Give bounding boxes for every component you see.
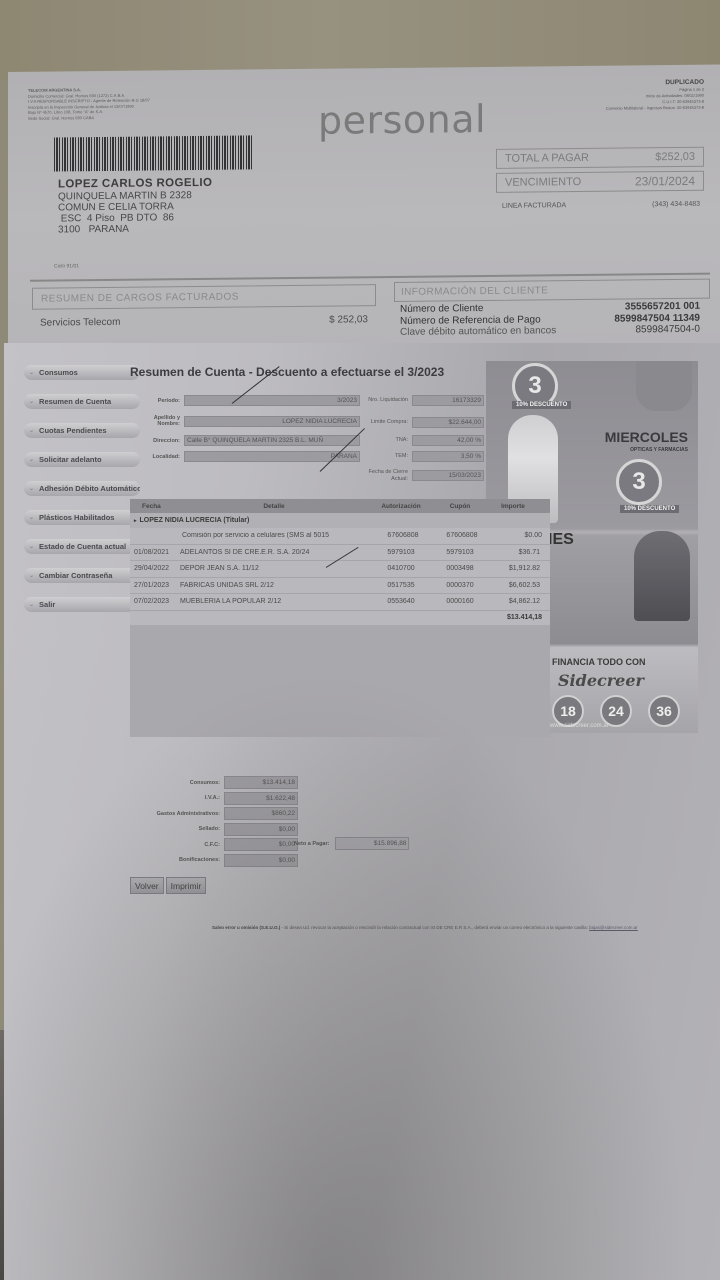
nav-item-adhesion-debito[interactable]: ⌄Adhesión Débito Automático	[24, 481, 140, 496]
promo-url: www.sidecreer.com.ar	[550, 723, 609, 729]
nav-item-salir[interactable]: ⌄Salir	[24, 597, 140, 612]
info-value: 3555657201 001	[625, 301, 700, 313]
table-row: 27/01/2023 FABRICAS UNIDAS SRL 2/12 0517…	[130, 578, 550, 595]
cell-importe: $1,912.82	[486, 565, 546, 572]
col-detalle: Detalle	[180, 503, 368, 510]
legal-email-link[interactable]: bajas@sidecreer.com.ar	[589, 925, 638, 930]
vencimiento-label: VENCIMIENTO	[505, 176, 581, 189]
chevron-icon: ⌄	[29, 398, 34, 405]
cuota-badge: 36	[648, 695, 680, 727]
cell-importe: $36.71	[486, 549, 546, 556]
cell-autorizacion: 0553640	[368, 598, 434, 605]
linea-facturada: LINEA FACTURADA (343) 434-8483	[502, 201, 700, 210]
resumen-cargos-title: RESUMEN DE CARGOS FACTURADOS	[32, 284, 376, 310]
summary-label: I.V.A.:	[130, 795, 220, 801]
info-cliente-rows: Número de Cliente 3555657201 001 Número …	[400, 301, 700, 339]
cell-importe: $6,602.53	[486, 582, 546, 589]
legal-text: - Si desea Ud. revocar la aceptación o r…	[280, 925, 589, 930]
col-autorizacion: Autorización	[368, 503, 434, 510]
cell-fecha: 27/01/2023	[130, 582, 180, 589]
field-limite: Limite Compra: $22.644,00	[356, 417, 484, 428]
info-label: Clave débito automático en bancos	[400, 325, 556, 338]
cell-cupon: 5979103	[434, 549, 486, 556]
page-title: Resumen de Cuenta - Descuento a efectuar…	[130, 365, 444, 379]
field-cierre: Fecha de Cierre Actual: 15/03/2023	[356, 469, 484, 482]
summary-value: $0,00	[224, 838, 298, 851]
cell-detalle: FABRICAS UNIDAS SRL 2/12	[180, 582, 368, 589]
summary-label: C.F.C:	[130, 842, 220, 848]
sidebar-nav: ⌄Consumos ⌄Resumen de Cuenta ⌄Cuotas Pen…	[24, 365, 140, 626]
servicios-row: Servicios Telecom $ 252,03	[40, 314, 368, 328]
neto-a-pagar: Neto a Pagar: $15.896,88	[294, 837, 409, 850]
table-header: Fecha Detalle Autorización Cupón Importe	[130, 499, 550, 513]
info-value: 8599847504 11349	[614, 312, 700, 324]
cell-detalle: MUEBLERIA LA POPULAR 2/12	[180, 598, 368, 605]
servicios-amount: $ 252,03	[329, 314, 368, 325]
field-label: Período:	[130, 398, 180, 404]
cell-fecha: 07/02/2023	[130, 598, 180, 605]
cell-autorizacion: 67606808	[370, 532, 436, 539]
brand-logo: personal	[318, 97, 486, 143]
nav-item-cuotas-pendientes[interactable]: ⌄Cuotas Pendientes	[24, 423, 140, 438]
nav-label: Cuotas Pendientes	[39, 426, 107, 435]
info-cliente-title: INFORMACIÓN DEL CLIENTE	[394, 279, 710, 302]
cierre-value: 15/03/2023	[412, 470, 484, 481]
info-label: Número de Cliente	[400, 303, 483, 315]
nav-item-consumos[interactable]: ⌄Consumos	[24, 365, 140, 380]
company-info: TELECOM ARGENTINA S.A. Domicilio Comerci…	[28, 86, 228, 122]
field-localidad: Localidad: PARANA	[130, 451, 360, 462]
field-periodo: Período: 3/2023	[130, 395, 360, 406]
summary-row: I.V.A.:$1.622,48	[130, 791, 298, 807]
legal-notice: Salvo error u omisión (S.E.U.O.) - Si de…	[212, 925, 694, 931]
customer-address: LOPEZ CARLOS ROGELIO QUINQUELA MARTIN B …	[58, 176, 212, 236]
promo-day: MIERCOLESOPTICAS Y FARMACIAS	[605, 431, 688, 457]
limite-value: $22.644,00	[412, 417, 484, 428]
cell-autorizacion: 0517535	[368, 582, 434, 589]
summary-value: $0,00	[224, 823, 298, 836]
cell-fecha: 29/04/2022	[130, 565, 180, 572]
field-label: Nro. Liquidación	[356, 397, 408, 404]
legal-bold: Salvo error u omisión (S.E.U.O.)	[212, 925, 280, 930]
summary-block: Consumos:$13.414,18 I.V.A.:$1.622,48 Gas…	[130, 775, 298, 868]
nav-label: Salir	[39, 600, 55, 609]
chevron-icon: ⌄	[29, 427, 34, 434]
chevron-icon: ⌄	[29, 514, 34, 521]
servicios-label: Servicios Telecom	[40, 317, 120, 329]
summary-row: C.F.C:$0,00	[130, 837, 298, 853]
linea-value: (343) 434-8483	[652, 201, 700, 209]
field-liquidacion: Nro. Liquidación 16173329	[356, 395, 484, 406]
company-line: Sede Social: Gral. Hornos 690 CABA	[28, 114, 228, 122]
volver-button[interactable]: Volver	[130, 877, 164, 894]
cell-detalle: Comisión por servicio a celulares (SMS a…	[180, 532, 370, 539]
address-line: 3100 PARANA	[58, 223, 212, 236]
barcode	[54, 135, 254, 171]
summary-label: Consumos:	[130, 780, 220, 786]
cell-cupon: 0000370	[434, 582, 486, 589]
direccion-value: Calle B° QUINQUELA MARTIN 2325 B.L. MUÑ	[184, 435, 360, 446]
person-image	[636, 361, 692, 411]
summary-value: $860,22	[224, 807, 298, 820]
nav-item-resumen-cuenta[interactable]: ⌄Resumen de Cuenta	[24, 394, 140, 409]
nav-label: Resumen de Cuenta	[39, 397, 111, 406]
total-label: TOTAL A PAGAR	[505, 152, 589, 165]
action-buttons: Volver Imprimir	[130, 877, 208, 894]
info-row: Clave débito automático en bancos 859984…	[400, 324, 700, 339]
liquidacion-value: 16173329	[412, 395, 484, 406]
cell-cupon: 0000160	[434, 598, 486, 605]
tem-value: 3,50 %	[412, 451, 484, 462]
table-total: $13.414,18	[130, 611, 550, 625]
neto-label: Neto a Pagar:	[294, 841, 329, 847]
table-row: 07/02/2023 MUEBLERIA LA POPULAR 2/12 055…	[130, 594, 550, 611]
col-cupon: Cupón	[434, 503, 486, 510]
field-label: Apellido y Nombre:	[130, 415, 180, 427]
field-label: Localidad:	[130, 454, 180, 460]
titular-group[interactable]: ▸LOPEZ NIDIA LUCRECIA (Titular)	[130, 513, 550, 528]
nav-item-cambiar-contrasena[interactable]: ⌄Cambiar Contraseña	[24, 568, 140, 583]
summary-row: Gastos Administrativos:$860,22	[130, 806, 298, 822]
field-label: TEM:	[356, 453, 408, 460]
discount-label: 10% DESCUENTO	[512, 401, 571, 409]
cell-autorizacion: 5979103	[368, 549, 434, 556]
promo-day-sub: OPTICAS Y FARMACIAS	[605, 444, 688, 457]
chevron-icon: ⌄	[29, 485, 34, 492]
expand-icon: ▸	[134, 518, 137, 524]
nav-label: Estado de Cuenta actual	[39, 542, 126, 551]
nav-item-estado-cuenta[interactable]: ⌄Estado de Cuenta actual	[24, 539, 140, 554]
vencimiento-value: 23/01/2024	[635, 174, 695, 189]
movements-table: Fecha Detalle Autorización Cupón Importe…	[130, 499, 550, 737]
field-label: TNA:	[356, 437, 408, 444]
neto-value: $15.896,88	[335, 837, 409, 850]
nav-label: Solicitar adelanto	[39, 455, 102, 464]
nav-label: Adhesión Débito Automático	[39, 484, 140, 493]
field-label: Direccion:	[130, 438, 180, 444]
telecom-bill: TELECOM ARGENTINA S.A. Domicilio Comerci…	[8, 65, 720, 362]
field-direccion: Direccion: Calle B° QUINQUELA MARTIN 232…	[130, 435, 360, 446]
total-a-pagar-box: TOTAL A PAGAR $252,03	[496, 147, 704, 169]
badge-3-icon: 3	[616, 459, 662, 505]
nav-label: Cambiar Contraseña	[39, 571, 112, 580]
col-fecha: Fecha	[130, 503, 180, 510]
cell-detalle: DEPOR JEAN S.A. 11/12	[180, 565, 368, 572]
nav-label: Consumos	[39, 368, 78, 377]
summary-row: Bonificaciones:$0,00	[130, 853, 298, 869]
sidecreer-logo: Sidecreer	[558, 671, 644, 690]
summary-label: Sellado:	[130, 826, 220, 832]
info-value: 8599847504-0	[635, 324, 700, 336]
promo-partial-word: IES	[548, 531, 574, 549]
cell-cupon: 0003498	[434, 565, 486, 572]
chevron-icon: ⌄	[29, 572, 34, 579]
cell-detalle: ADELANTOS SI DE CRE.E.R. S.A. 20/24	[180, 549, 368, 556]
nav-item-solicitar-adelanto[interactable]: ⌄Solicitar adelanto	[24, 452, 140, 467]
summary-label: Bonificaciones:	[130, 857, 220, 863]
promo-financia: FINANCIA TODO CON	[552, 657, 646, 667]
printed-account-summary: ⌄Consumos ⌄Resumen de Cuenta ⌄Cuotas Pen…	[4, 343, 720, 1280]
cell-importe: $4,862.12	[486, 598, 546, 605]
chevron-icon: ⌄	[29, 543, 34, 550]
field-tem: TEM: 3,50 %	[356, 451, 484, 462]
chevron-icon: ⌄	[29, 601, 34, 608]
chevron-icon: ⌄	[29, 456, 34, 463]
summary-value: $13.414,18	[224, 776, 298, 789]
duplicate-header: DUPLICADO Página 1 de 2 Inicio de Activi…	[606, 79, 704, 112]
tna-value: 42,00 %	[412, 435, 484, 446]
person-image	[634, 531, 690, 621]
nav-label: Plásticos Habilitados	[39, 513, 114, 522]
chevron-icon: ⌄	[29, 369, 34, 376]
cell-fecha: 01/08/2021	[130, 549, 180, 556]
summary-label: Gastos Administrativos:	[130, 811, 220, 817]
nav-item-plasticos[interactable]: ⌄Plásticos Habilitados	[24, 510, 140, 525]
table-row: 29/04/2022 DEPOR JEAN S.A. 11/12 0410700…	[130, 561, 550, 578]
table-row: Comisión por servicio a celulares (SMS a…	[130, 528, 550, 545]
table-empty-area	[130, 625, 550, 737]
convenio: Convenio Multilateral - Ingresos Brutos:…	[606, 105, 704, 112]
discount-label: 10% DESCUENTO	[620, 505, 679, 513]
total-value: $252,03	[655, 151, 695, 163]
ciclo: Ciclo 91/01	[54, 263, 79, 269]
summary-row: Sellado:$0,00	[130, 822, 298, 838]
field-tna: TNA: 42,00 %	[356, 435, 484, 446]
imprimir-button[interactable]: Imprimir	[166, 877, 207, 894]
summary-row: Consumos:$13.414,18	[130, 775, 298, 791]
field-nombre: Apellido y Nombre: LOPEZ NIDIA LUCRECIA	[130, 415, 360, 427]
titular-name: LOPEZ NIDIA LUCRECIA (Titular)	[140, 517, 250, 524]
cell-autorizacion: 0410700	[368, 565, 434, 572]
cell-importe: $0.00	[488, 532, 548, 539]
linea-label: LINEA FACTURADA	[502, 202, 566, 210]
field-label: Fecha de Cierre Actual:	[356, 469, 408, 482]
vencimiento-box: VENCIMIENTO 23/01/2024	[496, 171, 704, 193]
periodo-value: 3/2023	[184, 395, 360, 406]
cell-cupon: 67606808	[436, 532, 488, 539]
field-label: Limite Compra:	[356, 419, 408, 426]
nombre-value: LOPEZ NIDIA LUCRECIA	[184, 416, 360, 427]
summary-value: $1.622,48	[224, 792, 298, 805]
col-importe: Importe	[486, 503, 546, 510]
summary-value: $0,00	[224, 854, 298, 867]
promo-day-text: MIERCOLES	[605, 429, 688, 445]
address-line: QUINQUELA MARTIN B 2328	[58, 190, 212, 203]
